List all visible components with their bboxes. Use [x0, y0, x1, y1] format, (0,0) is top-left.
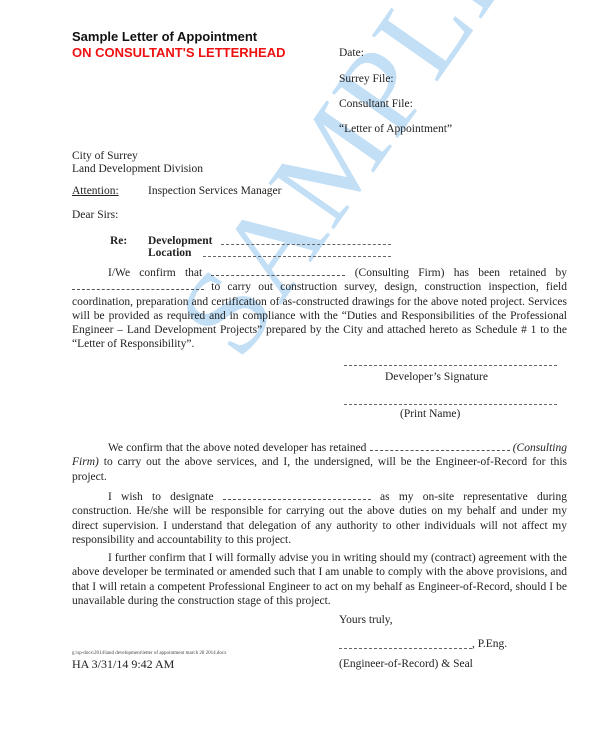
recipient-line-2: Land Development Division	[72, 162, 203, 176]
print-name-label: (Print Name)	[400, 407, 460, 421]
location-label: Location	[148, 246, 191, 260]
re-label: Re:	[110, 234, 127, 248]
paragraph-designate: I wish to designate as my on-site repres…	[72, 490, 567, 547]
p1-mid2: to carry out construction survey, design…	[72, 281, 567, 350]
document-title: Sample Letter of Appointment	[72, 29, 257, 44]
recipient-line-1: City of Surrey	[72, 149, 138, 163]
consulting-firm-blank	[211, 266, 345, 276]
p2-rest: to carry out the above services, and I, …	[72, 456, 567, 482]
paragraph-further-confirm: I further confirm that I will formally a…	[72, 551, 567, 608]
developer-blank	[72, 280, 204, 290]
location-blank	[203, 256, 391, 257]
p1-start: I/We confirm that	[108, 267, 202, 279]
paragraph-retained: I/We confirm that (Consulting Firm) has …	[72, 266, 567, 352]
document-page: SAMPLE Sample Letter of Appointment ON C…	[0, 0, 600, 730]
attention-value: Inspection Services Manager	[148, 184, 281, 198]
p1-mid1: (Consulting Firm) has been retained by	[355, 267, 567, 279]
date-field: Date:	[339, 47, 364, 59]
p2-start: We confirm that the above noted develope…	[108, 442, 366, 454]
surrey-file-field: Surrey File:	[339, 73, 394, 85]
paragraph-engineer-of-record: We confirm that the above noted develope…	[72, 441, 567, 484]
p4-text: I further confirm that I will formally a…	[72, 552, 567, 607]
file-path: g:\sp-docs\2014\land development\letter …	[72, 651, 227, 656]
engineer-signature-line	[339, 648, 472, 649]
revision-stamp: HA 3/31/14 9:42 AM	[72, 657, 174, 672]
consultant-file-field: Consultant File:	[339, 98, 413, 110]
representative-blank	[223, 490, 371, 500]
engineer-seal-label: (Engineer-of-Record) & Seal	[339, 657, 473, 671]
attention-label: Attention:	[72, 184, 119, 198]
letterhead-note: ON CONSULTANT'S LETTERHEAD	[72, 45, 286, 60]
peng-label: , P.Eng.	[472, 637, 507, 651]
p3-start: I wish to designate	[108, 491, 214, 503]
developer-signature-label: Developer’s Signature	[385, 370, 488, 384]
salutation: Dear Sirs:	[72, 208, 118, 222]
print-name-line	[344, 404, 557, 405]
yours-truly: Yours truly,	[339, 613, 393, 627]
development-blank	[221, 244, 391, 245]
retained-firm-blank	[370, 441, 510, 451]
developer-signature-line	[344, 365, 557, 366]
letter-type-label: “Letter of Appointment”	[339, 123, 452, 135]
